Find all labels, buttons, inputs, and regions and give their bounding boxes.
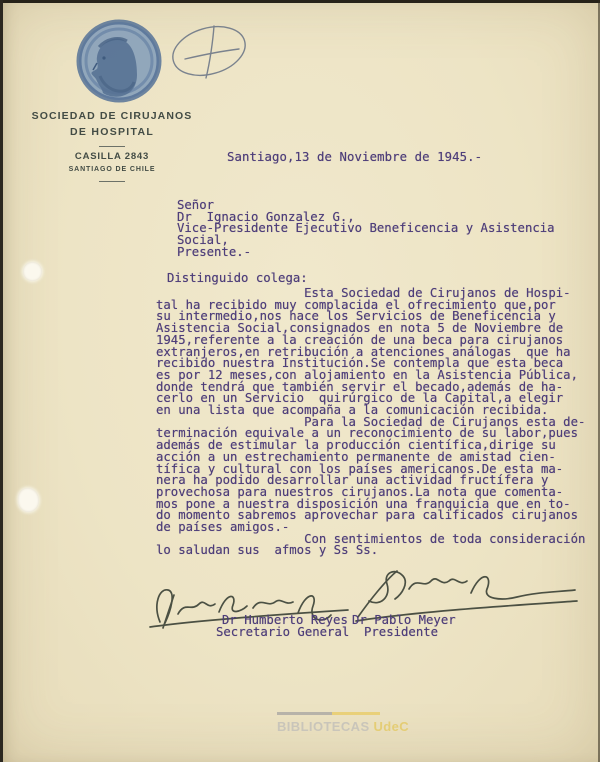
watermark-library-name: BIBLIOTECAS: [277, 719, 370, 734]
library-watermark: BIBLIOTECASUdeC: [277, 712, 417, 734]
letterhead-divider: [99, 146, 125, 147]
letterhead-divider: [99, 181, 125, 182]
signature-right-title: Presidente: [364, 625, 438, 639]
letterhead: SOCIEDAD DE CIRUJANOS DE HOSPITAL CASILL…: [28, 110, 196, 186]
city-line: SANTIAGO DE CHILE: [28, 166, 196, 173]
date-line: Santiago,13 de Noviembre de 1945.-: [227, 150, 482, 164]
watermark-bar: [277, 712, 380, 715]
scanned-letter-page: SOCIEDAD DE CIRUJANOS DE HOSPITAL CASILL…: [0, 0, 600, 762]
scan-edge-top: [0, 0, 600, 3]
org-name-line2: DE HOSPITAL: [28, 126, 196, 138]
scan-edge-left: [0, 0, 3, 762]
recipient-address: Señor Dr Ignacio Gonzalez G., Vice-Presi…: [177, 200, 555, 259]
salutation: Distinguido colega:: [167, 271, 308, 285]
watermark-institution: UdeC: [374, 719, 410, 734]
po-box: CASILLA 2843: [28, 151, 196, 162]
hole-punch-bottom: [18, 488, 39, 512]
signature-left-title: Secretario General: [216, 625, 349, 639]
hole-punch-top: [23, 262, 42, 281]
org-name-line1: SOCIEDAD DE CIRUJANOS: [28, 110, 196, 122]
letter-body: Esta Sociedad de Cirujanos de Hospi- tal…: [156, 288, 585, 557]
